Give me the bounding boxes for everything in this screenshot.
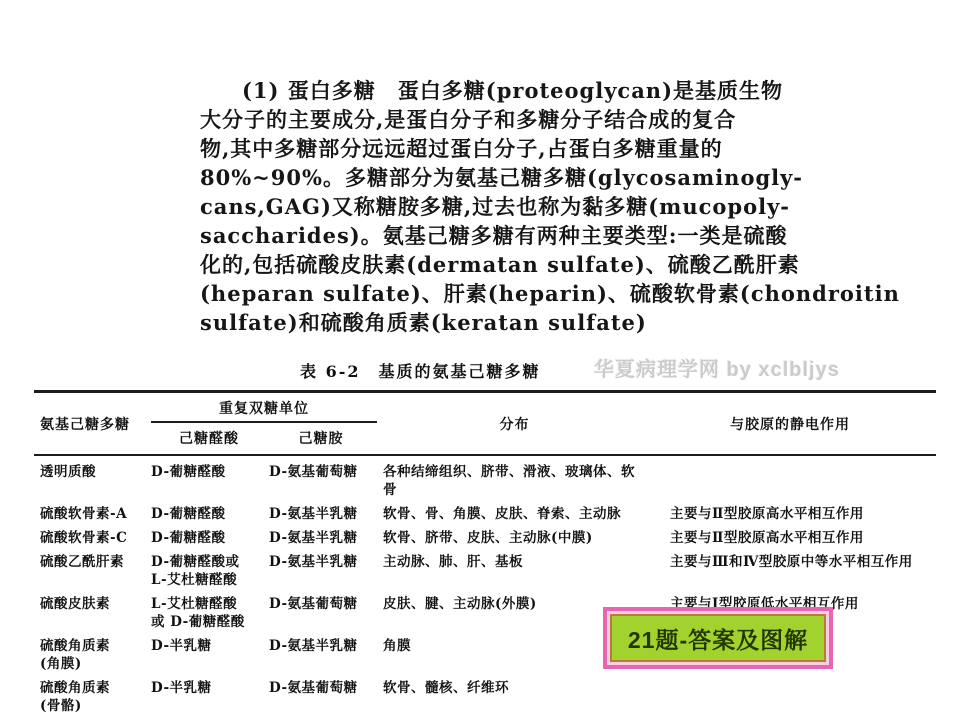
table-cell-dist: 各种结缔组织、脐带、滑液、玻璃体、软骨 [381,463,648,499]
table-cell-name: 硫酸角质素 (角膜) [34,637,149,673]
table-cell-dist: 主动脉、肺、肝、基板 [381,553,648,589]
table-cell-dist: 软骨、脐带、皮肤、主动脉(中膜) [381,529,648,547]
table-cell-name: 硫酸软骨素-C [34,529,149,547]
table-cell-uronic: D-葡糖醛酸 [149,463,269,499]
table-body: 透明质酸D-葡糖醛酸D-氨基葡萄糖各种结缔组织、脐带、滑液、玻璃体、软骨硫酸软骨… [34,456,936,720]
gag-table: 氨基己糖多糖 重复双糖单位 己糖醛酸 己糖胺 分布 与胶原的静电作用 透明质酸D… [34,390,936,720]
answer-link-button[interactable]: 21题-答案及图解 [603,607,833,669]
table-cell-collagen: 主要与Ⅱ型胶原高水平相互作用 [648,529,930,547]
table-caption: 表 6-2 基质的氨基己糖多糖 [300,359,540,382]
answer-button-label: 21题-答案及图解 [628,622,808,655]
paragraph-line: 物,其中多糖部分远远超过蛋白分子,占蛋白多糖重量的 [200,134,770,163]
header-gag-name: 氨基己糖多糖 [34,393,149,454]
paragraph-line: 大分子的主要成分,是蛋白分子和多糖分子结合成的复合 [200,105,770,134]
table-cell-uronic: D-葡糖醛酸 [149,505,269,523]
table-cell-amine: D-氨基半乳糖 [269,553,381,589]
table-cell-collagen: 主要与Ⅲ和Ⅳ型胶原中等水平相互作用 [648,553,930,589]
table-cell-amine: D-氨基葡萄糖 [269,595,381,631]
header-group-label: 重复双糖单位 [151,393,377,423]
table-cell-dist: 软骨、骨、角膜、皮肤、脊索、主动脉 [381,505,648,523]
table-cell-amine: D-氨基半乳糖 [269,505,381,523]
table-cell-uronic: D-葡糖醛酸 [149,529,269,547]
header-hexosamine: 己糖胺 [269,428,373,448]
table-cell-uronic: D-半乳糖 [149,679,269,715]
header-hexuronic-acid: 己糖醛酸 [149,428,269,448]
table-cell-name: 硫酸乙酰肝素 [34,553,149,589]
header-collagen-interaction: 与胶原的静电作用 [648,393,932,454]
header-distribution: 分布 [381,393,648,454]
table-row: 透明质酸D-葡糖醛酸D-氨基葡萄糖各种结缔组织、脐带、滑液、玻璃体、软骨 [34,460,936,502]
table-cell-collagen [648,679,930,715]
paragraph-line: cans,GAG)又称糖胺多糖,过去也称为黏多糖(mucopoly- [200,192,770,221]
scanned-paragraph: (1) 蛋白多糖 蛋白多糖(proteoglycan)是基质生物大分子的主要成分… [200,76,770,337]
table-cell-amine: D-氨基葡萄糖 [269,463,381,499]
table-header: 氨基己糖多糖 重复双糖单位 己糖醛酸 己糖胺 分布 与胶原的静电作用 [34,393,936,456]
table-cell-amine: D-氨基葡萄糖 [269,679,381,715]
table-row: 硫酸乙酰肝素D-葡糖醛酸或 L-艾杜糖醛酸D-氨基半乳糖主动脉、肺、肝、基板主要… [34,550,936,592]
table-cell-amine: D-氨基半乳糖 [269,529,381,547]
paragraph-line: saccharides)。氨基己糖多糖有两种主要类型:一类是硫酸 [200,221,770,250]
table-cell-name: 硫酸软骨素-A [34,505,149,523]
table-cell-uronic: D-半乳糖 [149,637,269,673]
table-cell-dist: 软骨、髓核、纤维环 [381,679,648,715]
table-cell-collagen [648,463,930,499]
table-cell-uronic: L-艾杜糖醛酸 或 D-葡糖醛酸 [149,595,269,631]
table-cell-name: 透明质酸 [34,463,149,499]
table-row: 硫酸软骨素-AD-葡糖醛酸D-氨基半乳糖软骨、骨、角膜、皮肤、脊索、主动脉主要与… [34,502,936,526]
table-cell-name: 硫酸皮肤素 [34,595,149,631]
table-row: 硫酸软骨素-CD-葡糖醛酸D-氨基半乳糖软骨、脐带、皮肤、主动脉(中膜)主要与Ⅱ… [34,526,936,550]
table-cell-collagen: 主要与Ⅱ型胶原高水平相互作用 [648,505,930,523]
paragraph-line: 化的,包括硫酸皮肤素(dermatan sulfate)、硫酸乙酰肝素 [200,250,770,279]
header-disaccharide-group: 重复双糖单位 己糖醛酸 己糖胺 [149,393,381,454]
paragraph-line: sulfate)和硫酸角质素(keratan sulfate) [200,308,770,337]
paragraph-line: 80%~90%。多糖部分为氨基己糖多糖(glycosaminogly- [200,163,770,192]
table-cell-amine: D-氨基半乳糖 [269,637,381,673]
watermark: 华夏病理学网 by xclbljys [594,353,840,382]
table-cell-name: 硫酸角质素 (骨骼) [34,679,149,715]
table-row: 硫酸角质素 (骨骼)D-半乳糖D-氨基葡萄糖软骨、髓核、纤维环 [34,676,936,718]
slide: (1) 蛋白多糖 蛋白多糖(proteoglycan)是基质生物大分子的主要成分… [0,0,960,720]
header-subcolumns: 己糖醛酸 己糖胺 [149,423,381,454]
paragraph-line: (heparan sulfate)、肝素(heparin)、硫酸软骨素(chon… [200,279,770,308]
paragraph-line: (1) 蛋白多糖 蛋白多糖(proteoglycan)是基质生物 [200,76,770,105]
table-cell-uronic: D-葡糖醛酸或 L-艾杜糖醛酸 [149,553,269,589]
